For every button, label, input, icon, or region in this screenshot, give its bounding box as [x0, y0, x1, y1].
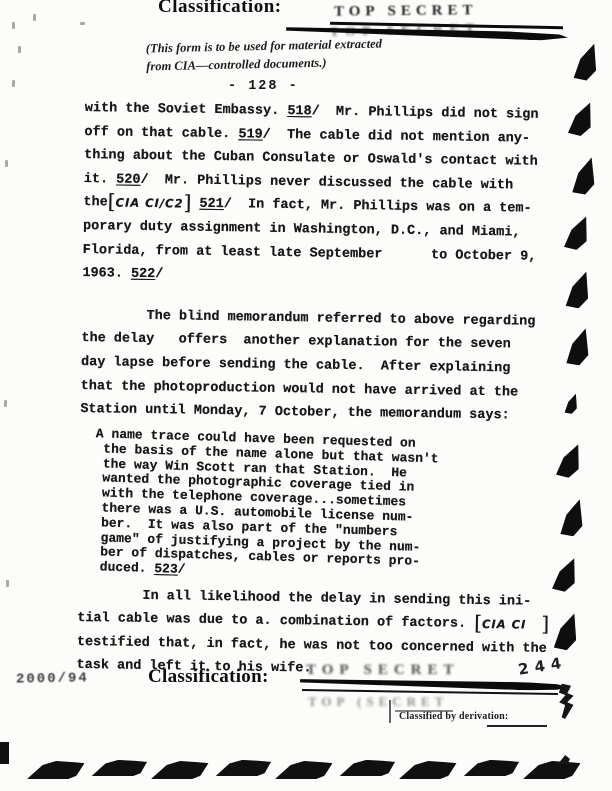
document-body: with the Soviet Embassy. 518/ Mr. Philli… — [76, 97, 547, 685]
binding-mark — [565, 271, 589, 309]
block-quote: A name trace could have been requested o… — [92, 427, 542, 588]
scan-speck — [33, 14, 36, 21]
page-number: - 128 - — [228, 79, 299, 94]
scan-speck — [4, 400, 7, 407]
classified-by-blank-line — [487, 725, 547, 727]
top-secret-stamp-top: TOP SECRET — [334, 2, 478, 21]
scan-edge-artifact — [0, 742, 9, 764]
footnote-ref: 521 — [199, 197, 224, 212]
classification-label-top: Classification: — [158, 0, 282, 18]
binding-mark — [551, 557, 577, 593]
footnote-ref: 519 — [238, 127, 263, 142]
handwritten-bracket: [ — [474, 611, 482, 635]
binding-mark — [275, 761, 336, 779]
binding-mark — [563, 215, 589, 251]
classified-by-label: Classified by derivation: — [399, 711, 508, 722]
document-page: Classification: TOP SECRET TOP SECRET (T… — [0, 0, 612, 791]
binding-mark — [553, 613, 577, 651]
scan-speck-mark — [558, 755, 570, 764]
binding-mark — [340, 760, 399, 776]
top-secret-stamp-bottom-smudge: TOP (SECRET — [308, 694, 448, 710]
form-note: (This form is to be used for material ex… — [146, 34, 477, 76]
classification-label-bottom: Classification: — [148, 666, 269, 688]
handwritten-bracket: ] — [183, 191, 191, 215]
paragraph: with the Soviet Embassy. 518/ Mr. Philli… — [82, 97, 547, 293]
binding-mark — [27, 761, 88, 779]
binding-mark — [151, 761, 212, 779]
footnote-ref: 522 — [131, 267, 156, 282]
bottom-edge-binding-marks — [34, 761, 577, 779]
stamp-tail-line — [389, 700, 391, 723]
binding-mark — [565, 328, 588, 365]
binding-mark — [523, 761, 584, 779]
binding-mark — [399, 761, 460, 779]
binding-mark — [573, 43, 597, 81]
top-secret-stamp-bottom: TOP SECRET — [306, 662, 460, 679]
binding-mark — [464, 760, 523, 776]
binding-mark — [571, 157, 594, 194]
binding-mark — [216, 760, 275, 776]
scan-speck — [12, 22, 15, 29]
scan-speck — [80, 22, 85, 25]
handwritten-insert: CIA CI — [482, 617, 542, 632]
handwritten-bracket: ] — [541, 612, 549, 636]
footnote-ref: 520 — [116, 172, 141, 187]
paragraph: The blind memorandum referred to above r… — [80, 304, 544, 429]
binding-mark — [567, 101, 593, 137]
document-number-stamp: 2000/94 — [16, 670, 89, 687]
handwritten-insert: CIA CI/C2 — [115, 196, 183, 211]
binding-mark — [555, 443, 581, 479]
footnote-ref: 523 — [154, 561, 178, 577]
footnote-ref: 518 — [287, 104, 312, 119]
binding-mark — [564, 393, 577, 414]
scan-speck — [12, 80, 15, 87]
scan-speck — [5, 160, 8, 167]
right-edge-binding-marks — [553, 43, 600, 651]
binding-mark — [559, 499, 582, 536]
binding-mark — [92, 760, 151, 776]
scan-speck — [6, 580, 9, 587]
scan-speck — [18, 46, 21, 53]
